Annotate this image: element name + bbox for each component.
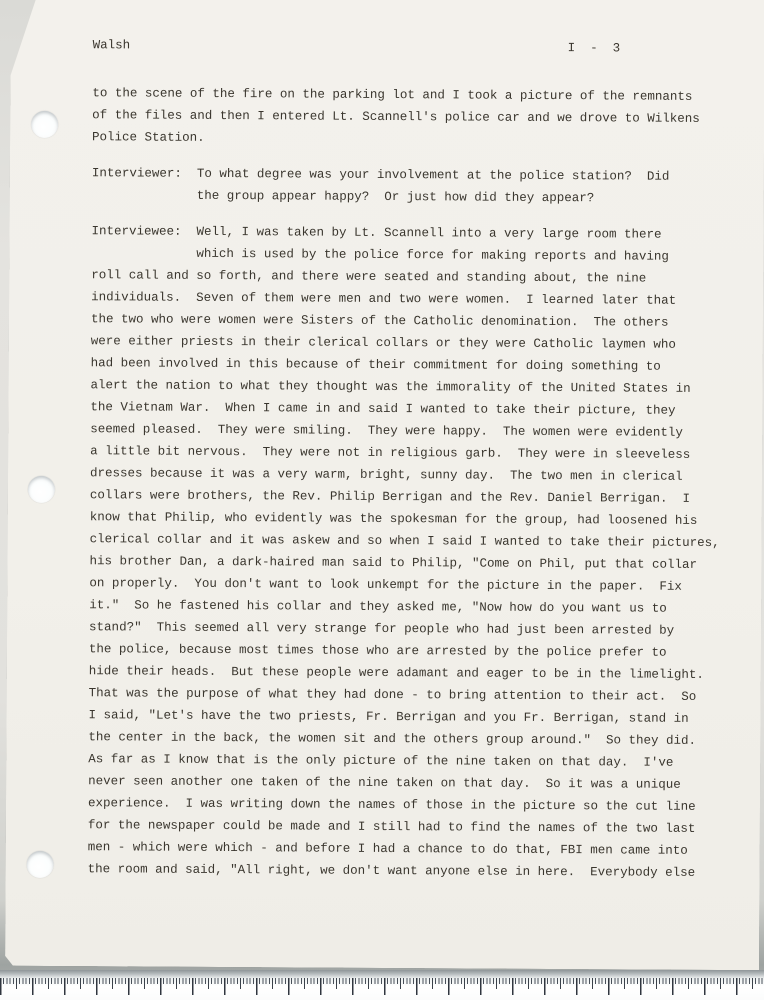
punch-hole-bottom	[27, 851, 54, 878]
page-header: Walsh I - 3	[93, 34, 725, 60]
header-author: Walsh	[93, 38, 131, 52]
paragraph-interviewer-question: Interviewer: To what degree was your inv…	[92, 162, 724, 210]
measurement-ruler	[0, 970, 764, 1000]
scanned-page: Walsh I - 3 to the scene of the fire on …	[5, 0, 764, 970]
punch-hole-top	[31, 111, 58, 138]
scanner-background: Walsh I - 3 to the scene of the fire on …	[0, 0, 764, 1000]
ruler-tick-marks	[0, 978, 764, 1000]
typewritten-text: Walsh I - 3 to the scene of the fire on …	[87, 34, 724, 898]
paragraph-interviewee-answer: Interviewee: Well, I was taken by Lt. Sc…	[88, 220, 724, 884]
punch-hole-middle	[28, 476, 55, 503]
paragraph-intro: to the scene of the fire on the parking …	[92, 82, 724, 152]
header-page-number: I - 3	[568, 37, 621, 59]
